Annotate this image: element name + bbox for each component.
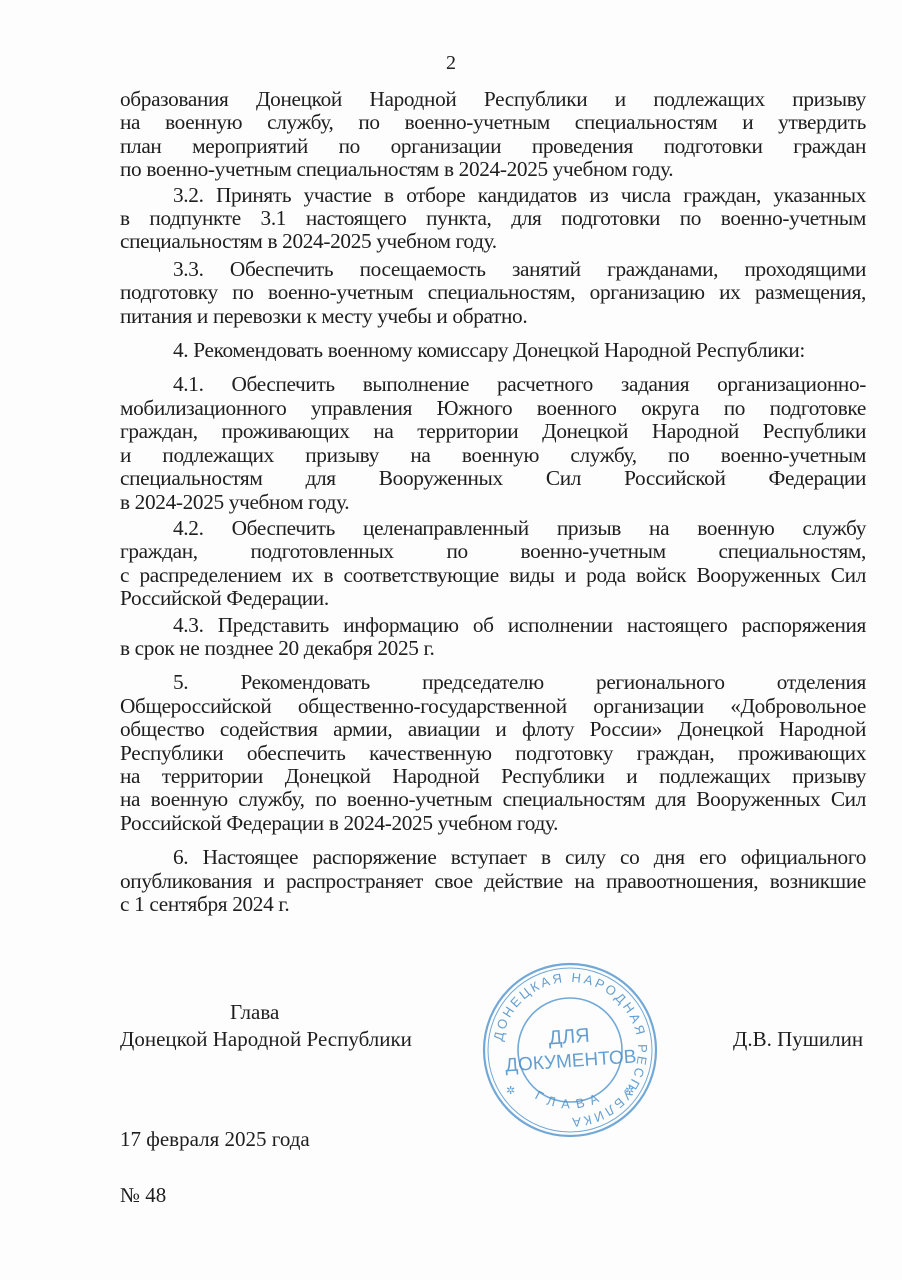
- text-line: подготовку по военно-учетным специальнос…: [120, 281, 866, 304]
- paragraph-3-2: 3.2. Принять участие в отборе кандидатов…: [120, 184, 866, 254]
- text-line: образования Донецкой Народной Республики…: [120, 88, 866, 111]
- text-line: на территории Донецкой Народной Республи…: [120, 765, 866, 788]
- text-line: 5. Рекомендовать председателю региональн…: [120, 671, 866, 694]
- svg-text:✲: ✲: [625, 1085, 634, 1097]
- text-line: с 1 сентября 2024 г.: [120, 893, 866, 916]
- paragraph-4: 4. Рекомендовать военному комиссару Доне…: [120, 339, 866, 362]
- official-stamp: ДОНЕЦКАЯ НАРОДНАЯ РЕСПУБЛИКА ГЛАВА ✲ ✲ Д…: [470, 955, 670, 1145]
- signatory-name: Д.В. Пушилин: [733, 1027, 863, 1052]
- text-line: 4.1. Обеспечить выполнение расчетного за…: [120, 373, 866, 396]
- text-line: Общероссийской общественно-государственн…: [120, 695, 866, 718]
- text-line: 4.3. Представить информацию об исполнени…: [120, 614, 866, 637]
- document-body: образования Донецкой Народной Республики…: [120, 88, 866, 916]
- document-date: 17 февраля 2025 года: [120, 1127, 310, 1152]
- text-line: Российской Федерации.: [120, 587, 866, 610]
- text-line: опубликования и распространяет свое дейс…: [120, 870, 866, 893]
- text-line: питания и перевозки к месту учебы и обра…: [120, 305, 866, 328]
- paragraph-3-3: 3.3. Обеспечить посещаемость занятий гра…: [120, 258, 866, 328]
- paragraph-4-2: 4.2. Обеспечить целенаправленный призыв …: [120, 517, 866, 611]
- text-line: в 2024-2025 учебном году.: [120, 491, 866, 514]
- paragraph-4-3: 4.3. Представить информацию об исполнени…: [120, 614, 866, 661]
- paragraph-4-1: 4.1. Обеспечить выполнение расчетного за…: [120, 373, 866, 513]
- text-line: в срок не позднее 20 декабря 2025 г.: [120, 637, 866, 660]
- text-line: граждан, проживающих на территории Донец…: [120, 420, 866, 443]
- text-line: и подлежащих призыву на военную службу, …: [120, 444, 866, 467]
- svg-text:ДЛЯ: ДЛЯ: [548, 1025, 591, 1050]
- text-line: общество содействия армии, авиации и фло…: [120, 718, 866, 741]
- text-line: на военную службу, по военно-учетным спе…: [120, 111, 866, 134]
- text-line: мобилизационного управления Южного военн…: [120, 397, 866, 420]
- page-number: 2: [0, 52, 902, 75]
- text-line: граждан, подготовленных по военно-учетны…: [120, 540, 866, 563]
- text-line: Российской Федерации в 2024-2025 учебном…: [120, 812, 866, 835]
- stamp-seal-icon: ДОНЕЦКАЯ НАРОДНАЯ РЕСПУБЛИКА ГЛАВА ✲ ✲ Д…: [470, 955, 670, 1145]
- signatory-office: Донецкой Народной Республики: [120, 1027, 412, 1052]
- text-line: 3.3. Обеспечить посещаемость занятий гра…: [120, 258, 866, 281]
- document-page: 2 образования Донецкой Народной Республи…: [0, 0, 902, 1280]
- text-line: с распределением их в соответствующие ви…: [120, 564, 866, 587]
- signatory-title: Глава: [230, 1000, 279, 1025]
- text-line: специальностям в 2024-2025 учебном году.: [120, 230, 866, 253]
- text-line: план мероприятий по организации проведен…: [120, 135, 866, 158]
- document-number: № 48: [120, 1183, 166, 1208]
- paragraph-5: 5. Рекомендовать председателю региональн…: [120, 671, 866, 835]
- text-line: по военно-учетным специальностям в 2024-…: [120, 158, 866, 181]
- svg-text:ГЛАВА: ГЛАВА: [533, 1087, 608, 1111]
- text-line: Республики обеспечить качественную подго…: [120, 742, 866, 765]
- text-line: в подпункте 3.1 настоящего пункта, для п…: [120, 207, 866, 230]
- paragraph-3-1-continuation: образования Донецкой Народной Республики…: [120, 88, 866, 182]
- text-line: 4.2. Обеспечить целенаправленный призыв …: [120, 517, 866, 540]
- svg-text:✲: ✲: [506, 1085, 515, 1097]
- text-line: 6. Настоящее распоряжение вступает в сил…: [120, 846, 866, 869]
- text-line: 3.2. Принять участие в отборе кандидатов…: [120, 184, 866, 207]
- text-line: на военную службу, по военно-учетным спе…: [120, 788, 866, 811]
- text-line: специальностям для Вооруженных Сил Росси…: [120, 467, 866, 490]
- text-line: 4. Рекомендовать военному комиссару Доне…: [120, 339, 866, 362]
- paragraph-6: 6. Настоящее распоряжение вступает в сил…: [120, 846, 866, 916]
